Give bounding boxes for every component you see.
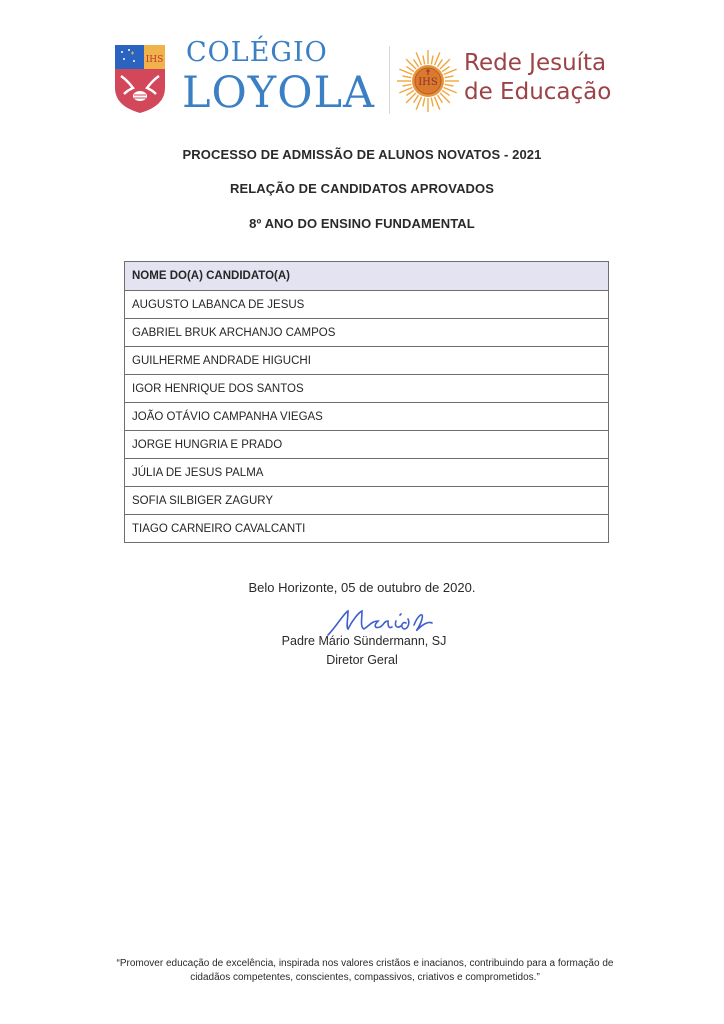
table-row: GUILHERME ANDRADE HIGUCHI [125, 346, 608, 374]
institutional-motto: “Promover educação de excelência, inspir… [80, 957, 650, 985]
jesuit-sun-logo: IHS [395, 48, 461, 114]
motto-line1: “Promover educação de excelência, inspir… [80, 957, 650, 971]
table-row: SOFIA SILBIGER ZAGURY [125, 486, 608, 514]
signer-name: Padre Mário Sündermann, SJ [0, 634, 724, 648]
table-row: JOÃO OTÁVIO CAMPANHA VIEGAS [125, 402, 608, 430]
school-shield-logo: IHS [114, 44, 166, 114]
approved-candidates-table: NOME DO(A) CANDIDATO(A) AUGUSTO LABANCA … [124, 261, 609, 543]
signer-role: Diretor Geral [0, 653, 724, 667]
svg-text:IHS: IHS [418, 77, 438, 88]
table-row: IGOR HENRIQUE DOS SANTOS [125, 374, 608, 402]
logo-divider [389, 46, 390, 114]
table-row: AUGUSTO LABANCA DE JESUS [125, 290, 608, 318]
grade-title: 8º ANO DO ENSINO FUNDAMENTAL [0, 216, 724, 231]
table-row: GABRIEL BRUK ARCHANJO CAMPOS [125, 318, 608, 346]
place-and-date: Belo Horizonte, 05 de outubro de 2020. [0, 580, 724, 595]
document-title: PROCESSO DE ADMISSÃO DE ALUNOS NOVATOS -… [0, 147, 724, 162]
network-name-line2: de Educação [464, 78, 611, 106]
school-name-line1: COLÉGIO [186, 38, 328, 68]
table-row: JÚLIA DE JESUS PALMA [125, 458, 608, 486]
motto-line2: cidadãos competentes, conscientes, compa… [80, 971, 650, 985]
table-header: NOME DO(A) CANDIDATO(A) [125, 262, 608, 290]
letterhead: IHS COLÉGIO LOYOLA IHS Rede Jesuíta de E… [0, 0, 724, 130]
svg-text:IHS: IHS [146, 55, 164, 65]
school-name-line2: LOYOLA [182, 70, 375, 116]
table-row: JORGE HUNGRIA E PRADO [125, 430, 608, 458]
document-subtitle: RELAÇÃO DE CANDIDATOS APROVADOS [0, 181, 724, 196]
table-row: TIAGO CARNEIRO CAVALCANTI [125, 514, 608, 542]
network-name-line1: Rede Jesuíta [464, 49, 606, 77]
